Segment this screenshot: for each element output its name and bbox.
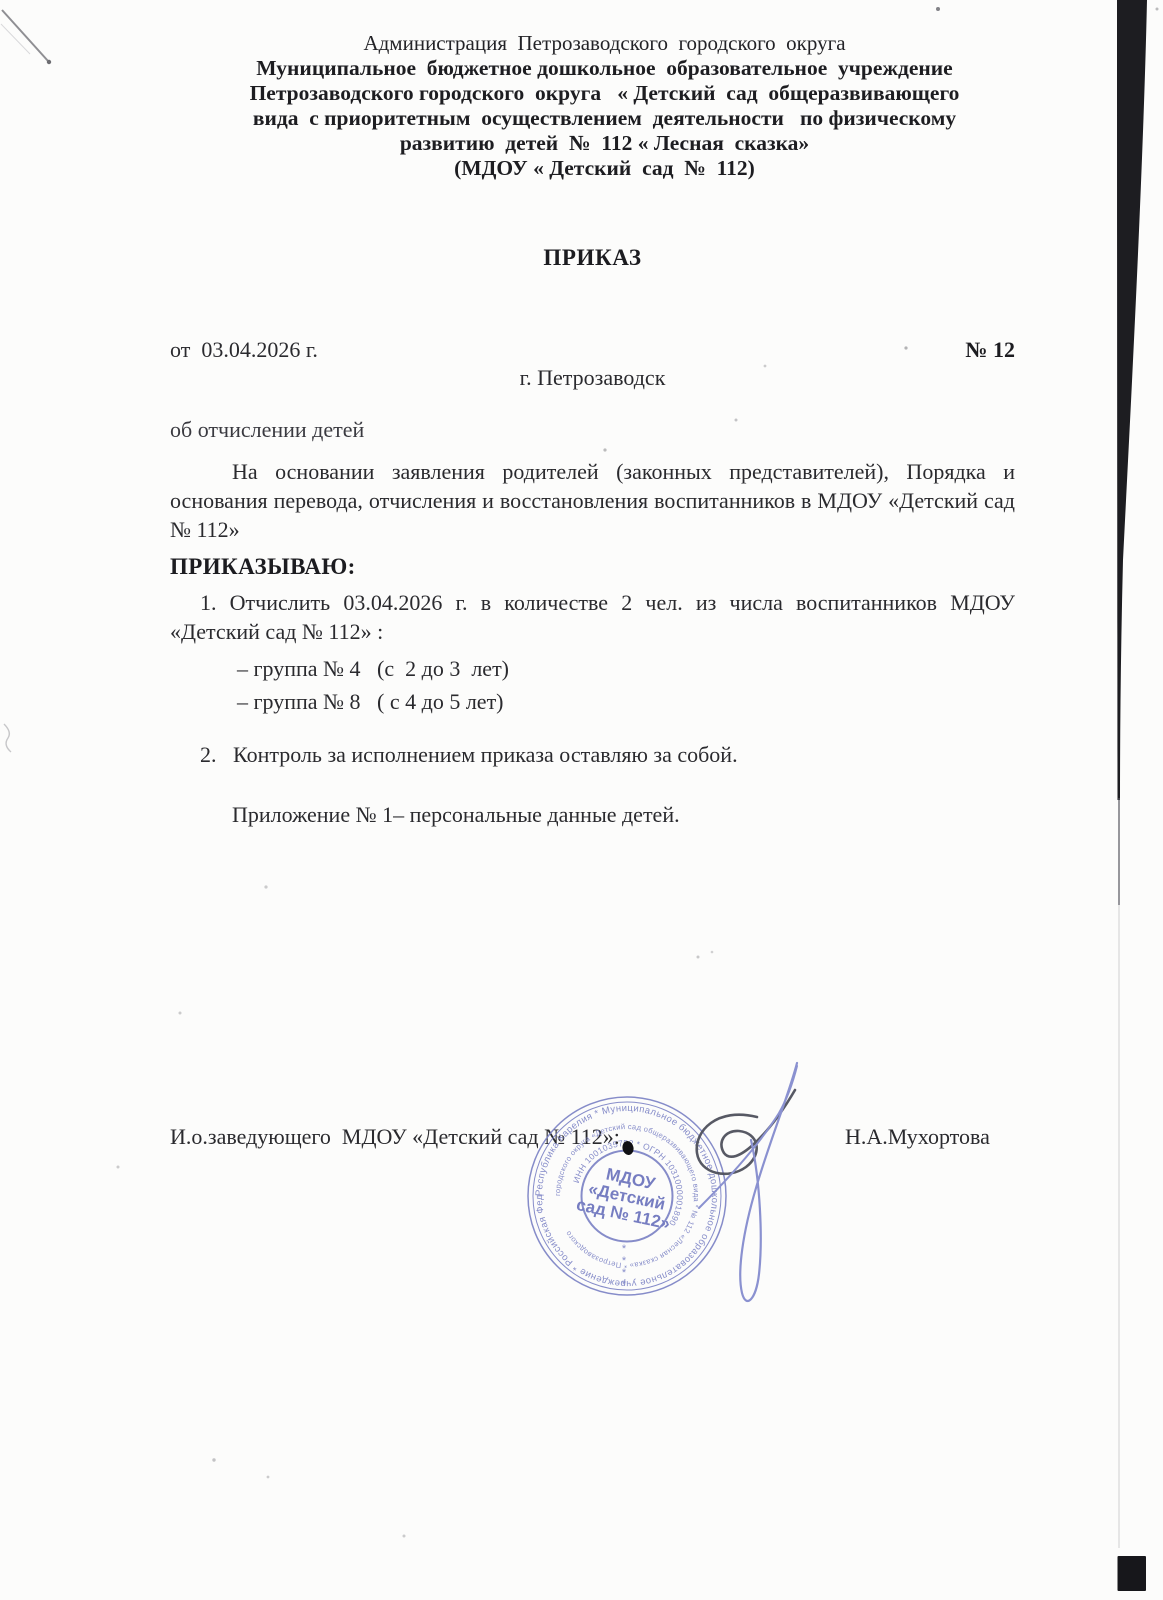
document-subject: об отчислении детей	[170, 417, 1015, 443]
signatory-name: Н.А.Мухортова	[845, 1124, 990, 1150]
group-list-item: – группа № 4 (с 2 до 3 лет)	[237, 652, 1015, 685]
document-content: Администрация Петрозаводского городского…	[170, 0, 1015, 828]
document-city: г. Петрозаводск	[170, 365, 1015, 391]
scanner-edge-shadow	[1117, 0, 1147, 800]
scanner-edge-block	[1118, 1556, 1147, 1591]
scanned-order-document: Администрация Петрозаводского городского…	[0, 0, 1163, 1600]
staple-mark-dot	[47, 60, 51, 64]
attachment-note: Приложение № 1– персональные данные дете…	[170, 802, 1015, 828]
preamble-line: № 112»	[170, 515, 1015, 544]
group-list: – группа № 4 (с 2 до 3 лет) – группа № 8…	[170, 652, 1015, 718]
order-item-2: 2. Контроль за исполнением приказа остав…	[170, 742, 1015, 768]
letterhead-org-line: вида с приоритетным осуществлением деяте…	[182, 106, 1027, 131]
stamp-divider-mark: *	[622, 1243, 627, 1255]
letterhead-org-line: Петрозаводского городского округа « Детс…	[182, 81, 1027, 106]
letterhead-org-line: развитию детей № 112 « Лесная сказка»	[182, 131, 1027, 156]
order-item-1-line: 1. Отчислить 03.04.2026 г. в количестве …	[170, 588, 1015, 617]
staple-mark-faint	[1, 24, 30, 54]
letterhead-org-line: (МДОУ « Детский сад № 112)	[182, 156, 1027, 181]
order-item-1-line: «Детский сад № 112» :	[170, 617, 1015, 646]
date-number-row: от 03.04.2026 г. № 12	[170, 337, 1015, 363]
staple-mark	[2, 10, 48, 61]
preamble-paragraph: На основании заявления родителей (законн…	[170, 457, 1015, 544]
order-item-1: 1. Отчислить 03.04.2026 г. в количестве …	[170, 588, 1015, 646]
preamble-line: основания перевода, отчисления и восстан…	[170, 486, 1015, 515]
letterhead-org-line: Муниципальное бюджетное дошкольное образ…	[182, 56, 1027, 81]
left-edge-mark	[4, 724, 11, 752]
letterhead: Администрация Петрозаводского городского…	[182, 31, 1027, 181]
stamp-divider-mark: *	[622, 1279, 627, 1291]
letterhead-administration-line: Администрация Петрозаводского городского…	[182, 31, 1027, 56]
document-date: от 03.04.2026 г.	[170, 337, 318, 363]
order-keyword: ПРИКАЗЫВАЮ:	[170, 554, 1015, 580]
signature-stroke-blue	[740, 1063, 797, 1301]
stamp-divider-mark: *	[622, 1267, 627, 1279]
stamp-divider-mark: *	[622, 1255, 627, 1267]
document-title: ПРИКАЗ	[170, 245, 1015, 271]
document-number: № 12	[965, 337, 1015, 363]
preamble-line: На основании заявления родителей (законн…	[170, 457, 1015, 486]
group-list-item: – группа № 8 ( с 4 до 5 лет)	[237, 685, 1015, 718]
round-stamp-seal: Республика Карелия * Муниципальное бюдже…	[524, 1092, 730, 1300]
